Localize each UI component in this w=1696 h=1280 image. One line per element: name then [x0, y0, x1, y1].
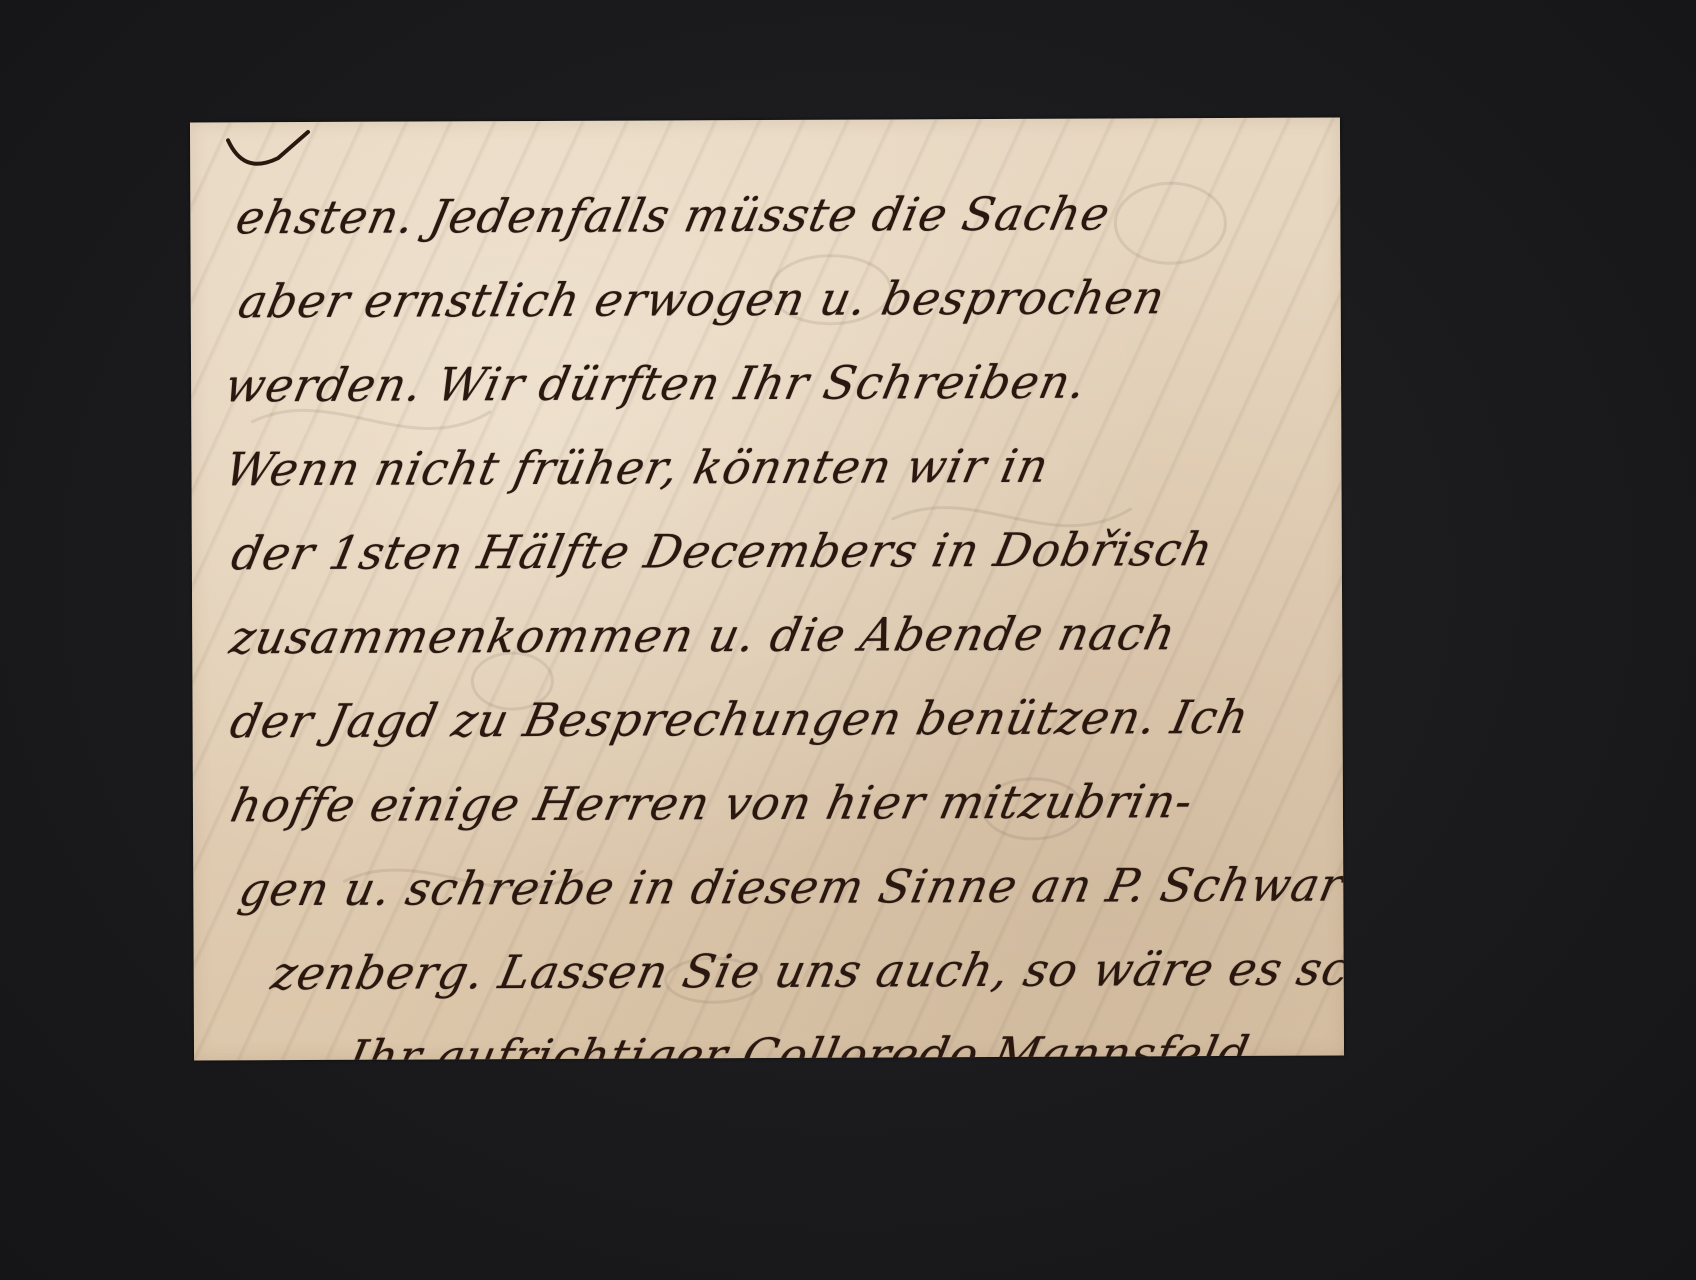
letter-body: ehsten. Jedenfalls müsste die Sache aber…	[220, 152, 1324, 1061]
line-text: gen u. schreibe in diesem Sinne an P. Sc…	[235, 861, 1344, 912]
letter-line: Wenn nicht früher, könnten wir in	[221, 404, 1321, 493]
letter-line: hoffe einige Herren von hier mitzubrin-	[223, 740, 1323, 829]
letter-line: ehsten. Jedenfalls müsste die Sache	[220, 152, 1320, 241]
line-text: der Jagd zu Besprechungen benützen. Ich	[227, 694, 1254, 744]
letter-line: zenberg. Lassen Sie uns auch, so wäre es…	[223, 908, 1323, 997]
closing-signature-line: Ihr aufrichtiger Colloredo Mannsfeld	[224, 992, 1324, 1061]
letter-line: aber ernstlich erwogen u. besprochen	[220, 236, 1320, 325]
line-text: aber ernstlich erwogen u. besprochen	[235, 274, 1169, 324]
letter-line: zusammenkommen u. die Abende nach	[222, 572, 1322, 661]
line-text: zenberg. Lassen Sie uns auch, so wäre es…	[268, 945, 1344, 996]
letter-line: gen u. schreibe in diesem Sinne an P. Sc…	[223, 824, 1323, 913]
letter-line: der 1sten Hälfte Decembers in Dobřisch	[222, 488, 1322, 577]
line-text: werden. Wir dürften Ihr Schreiben.	[221, 359, 1091, 409]
line-text: der 1sten Hälfte Decembers in Dobřisch	[228, 526, 1218, 576]
line-text: Wenn nicht früher, könnten wir in	[222, 443, 1054, 493]
letter-line: werden. Wir dürften Ihr Schreiben.	[221, 320, 1321, 409]
letter-line: der Jagd zu Besprechungen benützen. Ich	[222, 656, 1322, 745]
line-text: zusammenkommen u. die Abende nach	[226, 610, 1180, 660]
line-text: ehsten. Jedenfalls müsste die Sache	[232, 190, 1114, 240]
signature-text: Ihr aufrichtiger Colloredo Mannsfeld	[344, 1030, 1253, 1061]
letter-sheet: ehsten. Jedenfalls müsste die Sache aber…	[190, 117, 1344, 1060]
line-text: hoffe einige Herren von hier mitzubrin-	[227, 778, 1197, 828]
